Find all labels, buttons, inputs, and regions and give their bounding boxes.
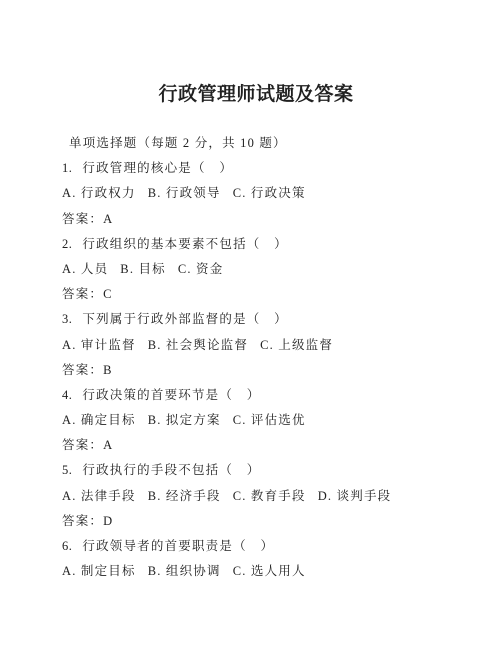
answer-label: 答案：: [62, 363, 103, 377]
option: B. 经济手段: [148, 489, 221, 503]
answer-line-3: 答案：B: [62, 358, 450, 383]
options-line-4: A. 确定目标B. 拟定方案C. 评估选优: [62, 408, 450, 433]
option: A. 行政权力: [62, 186, 136, 200]
question-number: 2.: [62, 237, 72, 251]
option: A. 审计监督: [62, 338, 136, 352]
question-line-5: 5.行政执行的手段不包括（ ）: [62, 458, 450, 483]
options-line-6: A. 制定目标B. 组织协调C. 选人用人: [62, 559, 450, 584]
option: C. 上级监督: [260, 338, 333, 352]
answer-value: D: [103, 514, 113, 528]
option: C. 行政决策: [233, 186, 306, 200]
question-line-1: 1.行政管理的核心是（ ）: [62, 156, 450, 181]
answer-label: 答案：: [62, 438, 103, 452]
option: A. 法律手段: [62, 489, 136, 503]
answer-label: 答案：: [62, 212, 103, 226]
option: C. 资金: [178, 262, 224, 276]
document-page: 行政管理师试题及答案 单项选择题（每题 2 分，共 10 题） 1.行政管理的核…: [0, 0, 500, 647]
answer-line-2: 答案：C: [62, 282, 450, 307]
answer-line-4: 答案：A: [62, 433, 450, 458]
exam-content: 单项选择题（每题 2 分，共 10 题） 1.行政管理的核心是（ ） A. 行政…: [62, 131, 450, 584]
option: A. 制定目标: [62, 564, 136, 578]
options-line-5: A. 法律手段B. 经济手段C. 教育手段D. 谈判手段: [62, 484, 450, 509]
question-number: 3.: [62, 312, 72, 326]
options-line-1: A. 行政权力B. 行政领导C. 行政决策: [62, 181, 450, 206]
question-text: 行政执行的手段不包括（ ）: [82, 463, 260, 477]
question-number: 5.: [62, 463, 72, 477]
answer-label: 答案：: [62, 514, 103, 528]
answer-value: A: [103, 212, 113, 226]
document-title: 行政管理师试题及答案: [62, 82, 450, 108]
question-line-3: 3.下列属于行政外部监督的是（ ）: [62, 307, 450, 332]
options-line-2: A. 人员B. 目标C. 资金: [62, 257, 450, 282]
option: B. 行政领导: [148, 186, 221, 200]
question-line-2: 2.行政组织的基本要素不包括（ ）: [62, 232, 450, 257]
question-text: 行政组织的基本要素不包括（ ）: [82, 237, 288, 251]
options-line-3: A. 审计监督B. 社会舆论监督C. 上级监督: [62, 333, 450, 358]
option: C. 选人用人: [233, 564, 306, 578]
option: A. 确定目标: [62, 413, 136, 427]
option: A. 人员: [62, 262, 108, 276]
answer-value: A: [103, 438, 113, 452]
question-line-6: 6.行政领导者的首要职责是（ ）: [62, 534, 450, 559]
question-number: 1.: [62, 161, 72, 175]
question-line-4: 4.行政决策的首要环节是（ ）: [62, 383, 450, 408]
answer-value: C: [103, 287, 113, 301]
answer-label: 答案：: [62, 287, 103, 301]
option: B. 社会舆论监督: [148, 338, 248, 352]
answer-value: B: [103, 363, 113, 377]
question-text: 行政领导者的首要职责是（ ）: [82, 539, 274, 553]
answer-line-5: 答案：D: [62, 509, 450, 534]
section-header: 单项选择题（每题 2 分，共 10 题）: [62, 131, 450, 156]
option: D. 谈判手段: [318, 489, 392, 503]
question-text: 行政决策的首要环节是（ ）: [82, 388, 260, 402]
question-text: 下列属于行政外部监督的是（ ）: [82, 312, 288, 326]
option: B. 组织协调: [148, 564, 221, 578]
option: C. 评估选优: [233, 413, 306, 427]
answer-line-1: 答案：A: [62, 207, 450, 232]
question-number: 6.: [62, 539, 72, 553]
option: C. 教育手段: [233, 489, 306, 503]
option: B. 拟定方案: [148, 413, 221, 427]
question-number: 4.: [62, 388, 72, 402]
question-text: 行政管理的核心是（ ）: [82, 161, 233, 175]
option: B. 目标: [120, 262, 166, 276]
